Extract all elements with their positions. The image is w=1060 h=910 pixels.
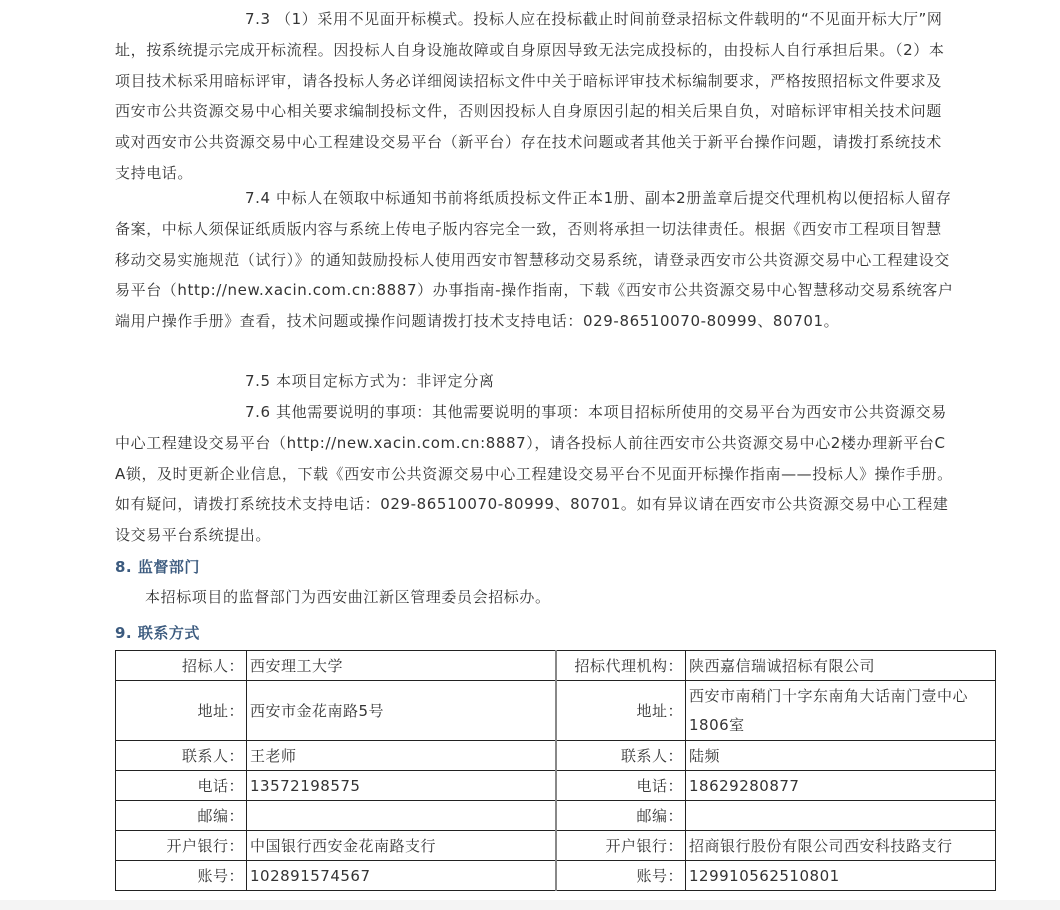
table-row: 电话： 13572198575 电话： 18629280877	[116, 771, 996, 801]
section-heading-supervision: 8. 监督部门	[115, 556, 200, 577]
page-bottom-strip	[0, 900, 1060, 910]
tenderer-contact-value: 王老师	[247, 741, 556, 771]
agency-postcode-label: 邮编：	[556, 801, 686, 831]
contact-table: 招标人： 西安理工大学 招标代理机构： 陕西嘉信瑞诚招标有限公司 地址： 西安市…	[115, 650, 996, 891]
supervision-text: 本招标项目的监督部门为西安曲江新区管理委员会招标办。	[145, 586, 551, 607]
table-row: 账号： 102891574567 账号： 129910562510801	[116, 861, 996, 891]
tenderer-bank-label: 开户银行：	[116, 831, 247, 861]
agency-phone-value: 18629280877	[686, 771, 996, 801]
paragraph-7-5: 7.5 本项目定标方式为：非评定分离	[115, 366, 955, 397]
paragraph-7-4-text: 7.4 中标人在领取中标通知书前将纸质投标文件正本1册、副本2册盖章后提交代理机…	[115, 189, 954, 330]
paragraph-7-4: 7.4 中标人在领取中标通知书前将纸质投标文件正本1册、副本2册盖章后提交代理机…	[115, 183, 955, 337]
paragraph-7-6: 7.6 其他需要说明的事项：其他需要说明的事项：本项目招标所使用的交易平台为西安…	[115, 397, 955, 551]
tenderer-account-value: 102891574567	[247, 861, 556, 891]
paragraph-7-3: 7.3 （1）采用不见面开标模式。投标人应在投标截止时间前登录招标文件载明的“不…	[115, 4, 955, 189]
tenderer-address-label: 地址：	[116, 681, 247, 741]
tenderer-phone-label: 电话：	[116, 771, 247, 801]
paragraph-7-3-text: 7.3 （1）采用不见面开标模式。投标人应在投标截止时间前登录招标文件载明的“不…	[115, 10, 944, 182]
tenderer-account-label: 账号：	[116, 861, 247, 891]
tenderer-postcode-label: 邮编：	[116, 801, 247, 831]
section-heading-contact: 9. 联系方式	[115, 622, 200, 643]
tenderer-address-value: 西安市金花南路5号	[247, 681, 556, 741]
paragraph-7-5-text: 7.5 本项目定标方式为：非评定分离	[245, 372, 494, 390]
tenderer-value: 西安理工大学	[247, 651, 556, 681]
table-row: 招标人： 西安理工大学 招标代理机构： 陕西嘉信瑞诚招标有限公司	[116, 651, 996, 681]
paragraph-7-6-text: 7.6 其他需要说明的事项：其他需要说明的事项：本项目招标所使用的交易平台为西安…	[115, 403, 953, 544]
tenderer-label: 招标人：	[116, 651, 247, 681]
tenderer-postcode-value	[247, 801, 556, 831]
agency-address-value: 西安市南稍门十字东南角大话南门壹中心1806室	[686, 681, 996, 741]
table-row: 邮编： 邮编：	[116, 801, 996, 831]
agency-value: 陕西嘉信瑞诚招标有限公司	[686, 651, 996, 681]
agency-contact-label: 联系人：	[556, 741, 686, 771]
agency-address-label: 地址：	[556, 681, 686, 741]
tenderer-bank-value: 中国银行西安金花南路支行	[247, 831, 556, 861]
agency-account-value: 129910562510801	[686, 861, 996, 891]
tenderer-contact-label: 联系人：	[116, 741, 247, 771]
table-row: 地址： 西安市金花南路5号 地址： 西安市南稍门十字东南角大话南门壹中心1806…	[116, 681, 996, 741]
agency-bank-label: 开户银行：	[556, 831, 686, 861]
agency-contact-value: 陆频	[686, 741, 996, 771]
agency-account-label: 账号：	[556, 861, 686, 891]
agency-postcode-value	[686, 801, 996, 831]
table-row: 开户银行： 中国银行西安金花南路支行 开户银行： 招商银行股份有限公司西安科技路…	[116, 831, 996, 861]
tenderer-phone-value: 13572198575	[247, 771, 556, 801]
agency-bank-value: 招商银行股份有限公司西安科技路支行	[686, 831, 996, 861]
table-row: 联系人： 王老师 联系人： 陆频	[116, 741, 996, 771]
agency-phone-label: 电话：	[556, 771, 686, 801]
agency-label: 招标代理机构：	[556, 651, 686, 681]
